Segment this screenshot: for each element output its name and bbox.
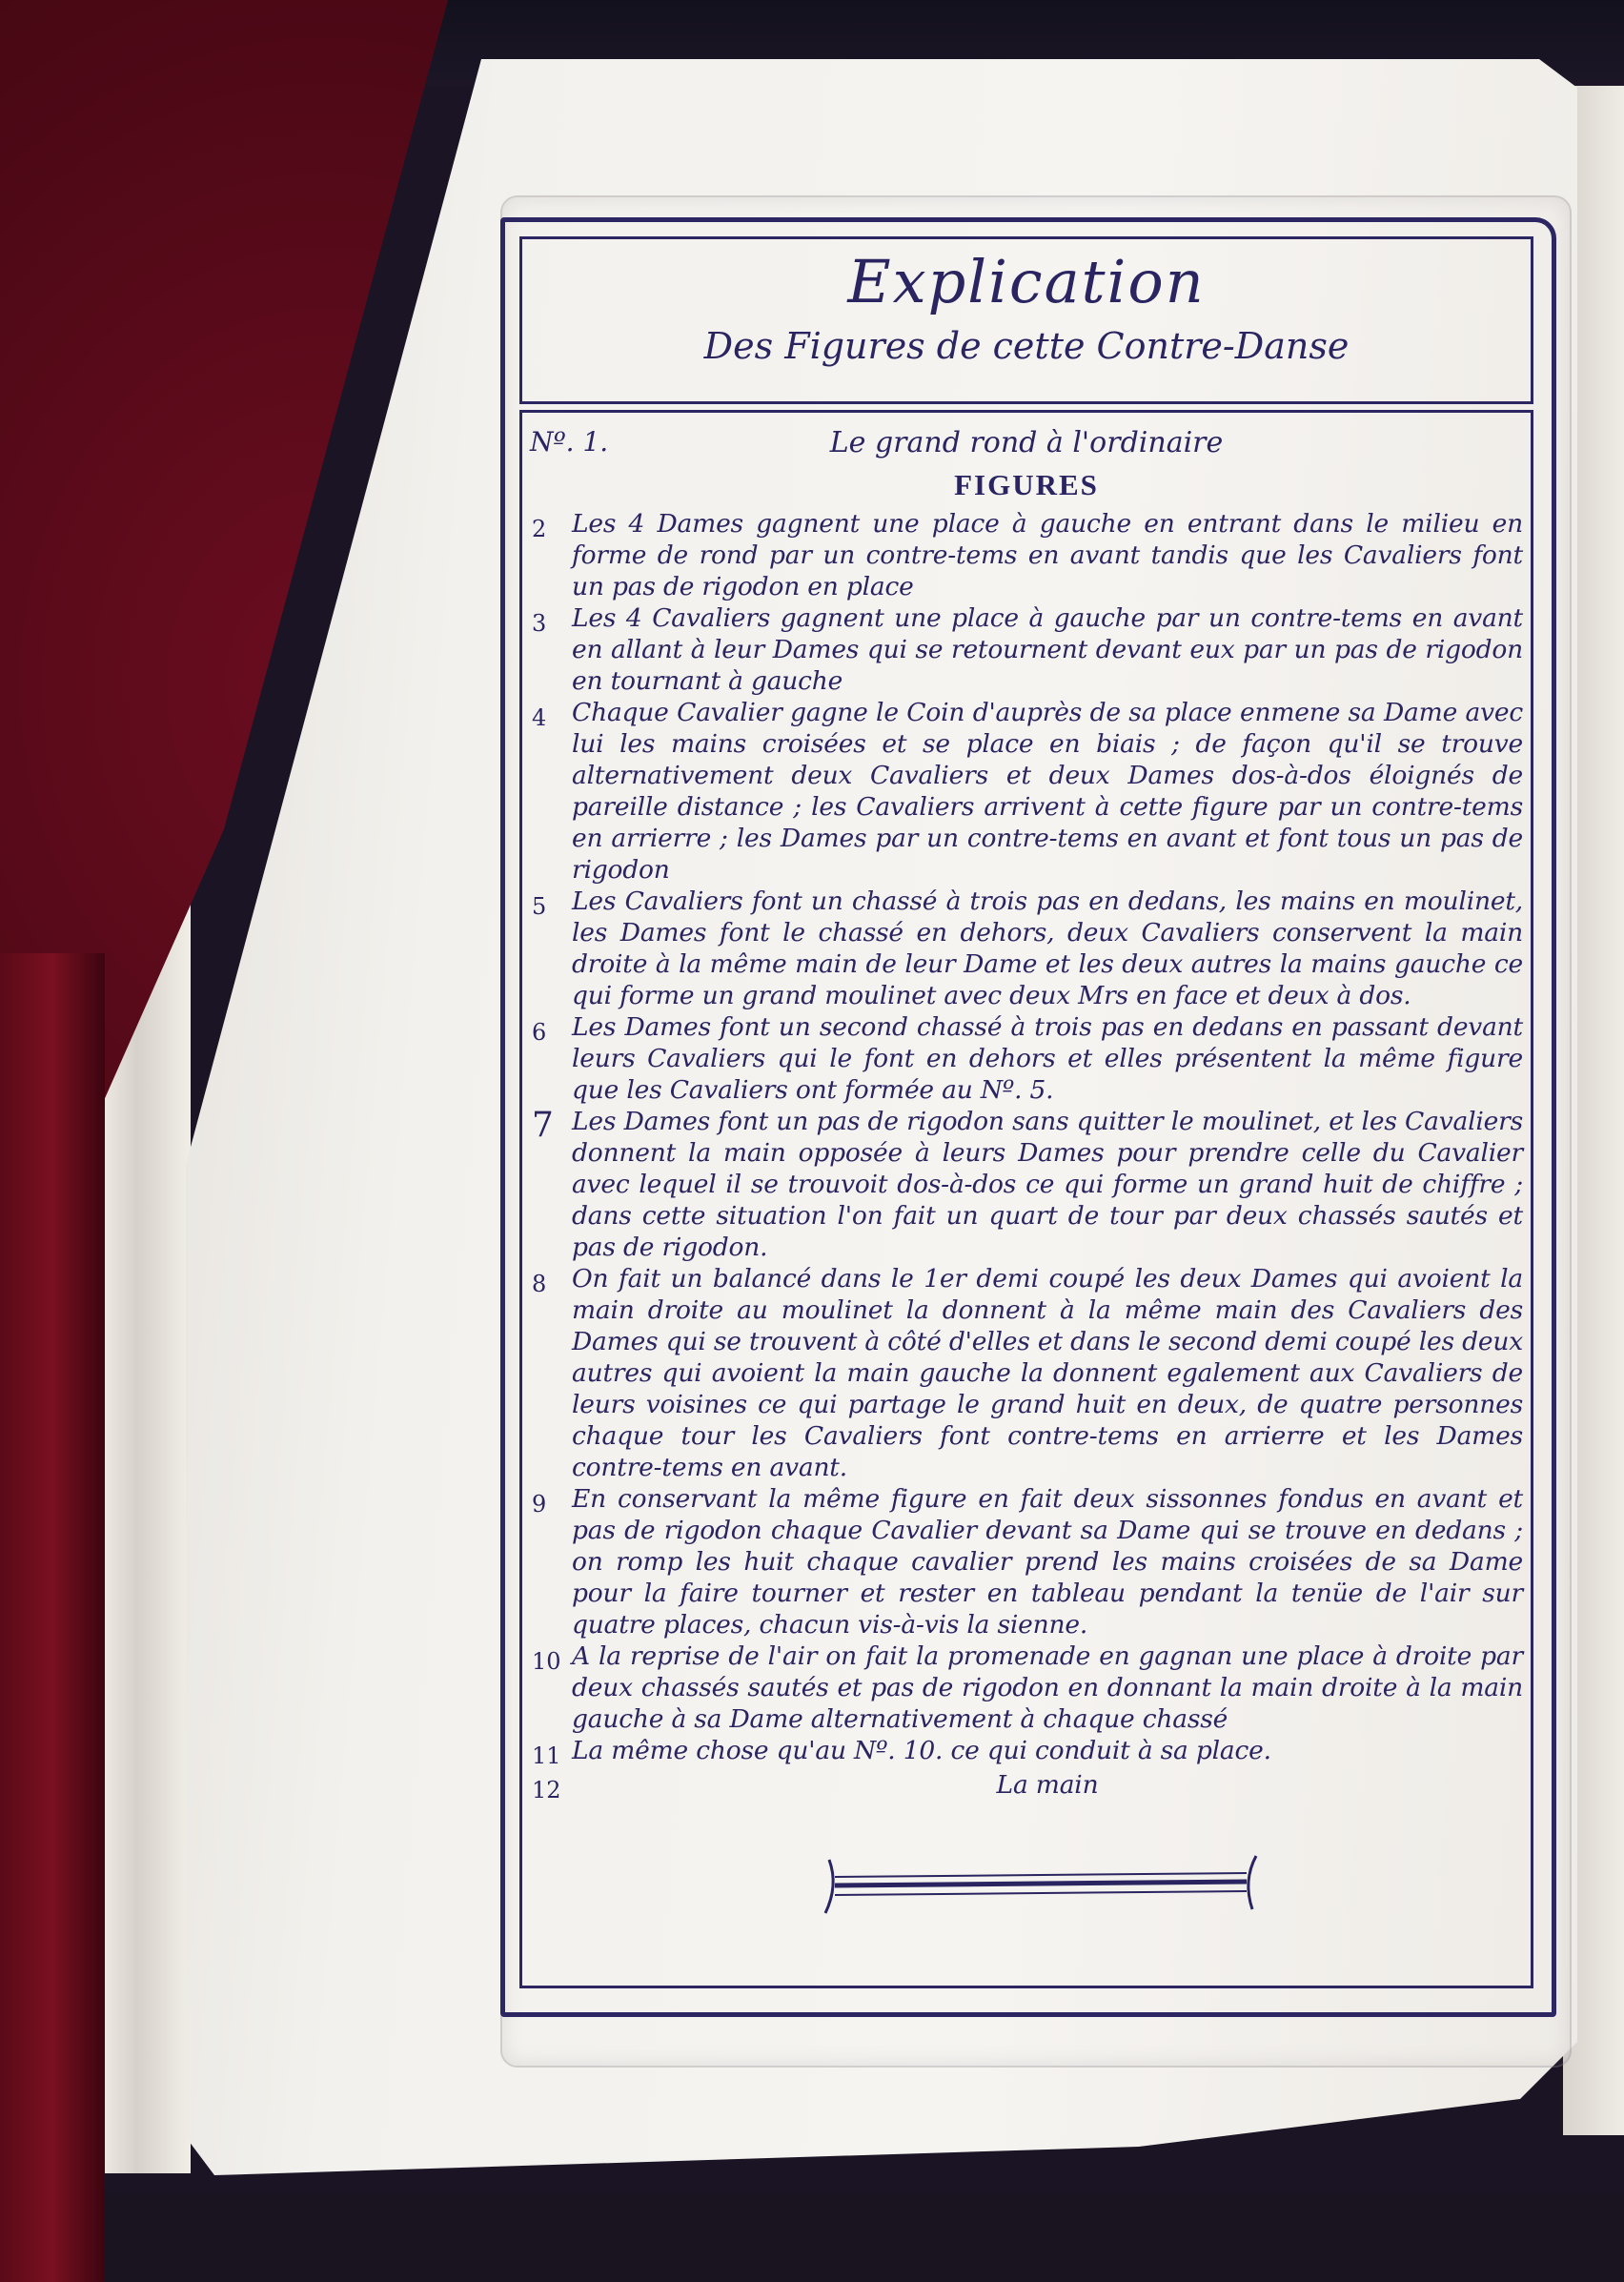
figures-list: 2 Les 4 Dames gagnent une place à gauche… [532,508,1523,1803]
dark-surface [0,2192,1624,2282]
entry-text: Les 4 Dames gagnent une place à gauche e… [572,508,1523,602]
entry-number: 6 [532,1011,572,1046]
list-item: 9 En conservant la même figure en fait d… [532,1483,1523,1640]
entry-number: 4 [532,697,572,731]
entry-text: En conservant la même figure en fait deu… [572,1483,1523,1640]
list-item: 8 On fait un balancé dans le 1er demi co… [532,1263,1523,1483]
entry-text: La main [572,1769,1523,1801]
section-heading: FIGURES [522,468,1531,502]
entry-number: 10 [532,1640,572,1675]
list-item: 5 Les Cavaliers font un chassé à trois p… [532,886,1523,1011]
text-panel: Nº. 1. Le grand rond à l'ordinaire FIGUR… [519,410,1533,1988]
entry-number: 7 [532,1106,572,1145]
list-item: 12 La main [532,1769,1523,1803]
entry-text: Chaque Cavalier gagne le Coin d'auprès d… [572,697,1523,886]
entry-text: On fait un balancé dans le 1er demi coup… [572,1263,1523,1483]
list-item: 2 Les 4 Dames gagnent une place à gauche… [532,508,1523,602]
entry-number: 9 [532,1483,572,1518]
list-item: 3 Les 4 Cavaliers gagnent une place à ga… [532,602,1523,697]
entry-number: 5 [532,886,572,920]
list-item: 6 Les Dames font un second chassé à troi… [532,1011,1523,1106]
entry-number: 12 [532,1769,572,1803]
entry-text: A la reprise de l'air on fait la promena… [572,1640,1523,1735]
entry-number: 8 [532,1263,572,1297]
red-velvet-lower [0,953,105,2282]
title-cartouche: Explication Des Figures de cette Contre-… [519,236,1533,404]
list-item: 7 Les Dames font un pas de rigodon sans … [532,1106,1523,1263]
entry-text: Les 4 Cavaliers gagnent une place à gauc… [572,602,1523,697]
list-item: 4 Chaque Cavalier gagne le Coin d'auprès… [532,697,1523,886]
entry-number: 2 [532,508,572,542]
page-title: Explication [522,247,1531,316]
entry-text: La même chose qu'au Nº. 10. ce qui condu… [572,1735,1523,1766]
entry-text: Les Dames font un pas de rigodon sans qu… [572,1106,1523,1263]
entry-text: Les Cavaliers font un chassé à trois pas… [572,886,1523,1011]
page-subtitle: Des Figures de cette Contre-Danse [522,325,1531,367]
entry-number: 11 [532,1735,572,1769]
tailpiece-ornament-icon [816,1852,1264,1919]
entry-number: 3 [532,602,572,637]
entry-text: Les Dames font un second chassé à trois … [572,1011,1523,1106]
list-item: 10 A la reprise de l'air on fait la prom… [532,1640,1523,1735]
list-item: 11 La même chose qu'au Nº. 10. ce qui co… [532,1735,1523,1769]
first-figure-line: Le grand rond à l'ordinaire [522,426,1531,459]
engraved-inner-frame: Explication Des Figures de cette Contre-… [519,236,1532,1988]
